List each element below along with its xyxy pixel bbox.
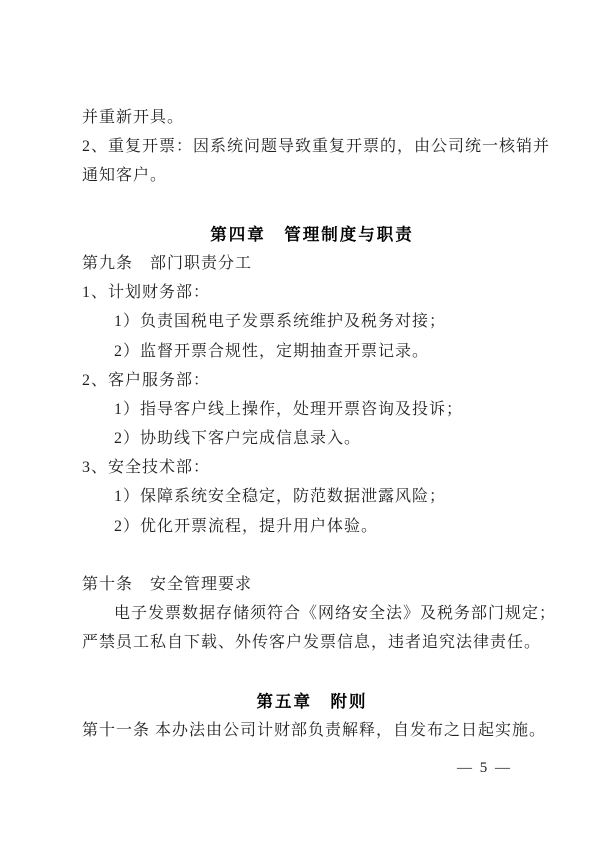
text-line: 第九条 部门职责分工 bbox=[82, 249, 542, 278]
text-line: 1）负责国税电子发票系统维护及税务对接； bbox=[82, 307, 542, 336]
text-line: 第十条 安全管理要求 bbox=[82, 570, 542, 599]
text-line: 2）监督开票合规性，定期抽查开票记录。 bbox=[82, 337, 542, 366]
page-number: — 5 — bbox=[457, 758, 512, 778]
text-line: 第十一条 本办法由公司计财部负责解释，自发布之日起实施。 bbox=[82, 716, 542, 745]
text-line: 并重新开具。 bbox=[82, 103, 542, 132]
text-line: 1）保障系统安全稳定，防范数据泄露风险； bbox=[82, 482, 542, 511]
blank-line bbox=[82, 658, 542, 687]
chapter-heading: 第五章 附则 bbox=[82, 687, 542, 716]
document-body: 并重新开具。2、重复开票：因系统问题导致重复开票的，由公司统一核销并通知客户。第… bbox=[82, 103, 542, 745]
text-line: 严禁员工私自下载、外传客户发票信息，违者追究法律责任。 bbox=[82, 628, 542, 657]
text-line: 1）指导客户线上操作，处理开票咨询及投诉； bbox=[82, 395, 542, 424]
text-line: 2、重复开票：因系统问题导致重复开票的，由公司统一核销并 bbox=[82, 132, 542, 161]
text-line: 3、安全技术部： bbox=[82, 453, 542, 482]
text-line: 1、计划财务部： bbox=[82, 278, 542, 307]
document-page: 并重新开具。2、重复开票：因系统问题导致重复开票的，由公司统一核销并通知客户。第… bbox=[0, 0, 600, 848]
chapter-heading: 第四章 管理制度与职责 bbox=[82, 220, 542, 249]
text-line: 2、客户服务部： bbox=[82, 366, 542, 395]
blank-line bbox=[82, 541, 542, 570]
text-line: 2）优化开票流程，提升用户体验。 bbox=[82, 512, 542, 541]
text-line: 通知客户。 bbox=[82, 161, 542, 190]
text-line: 2）协助线下客户完成信息录入。 bbox=[82, 424, 542, 453]
blank-line bbox=[82, 191, 542, 220]
text-line: 电子发票数据存储须符合《网络安全法》及税务部门规定； bbox=[82, 599, 542, 628]
